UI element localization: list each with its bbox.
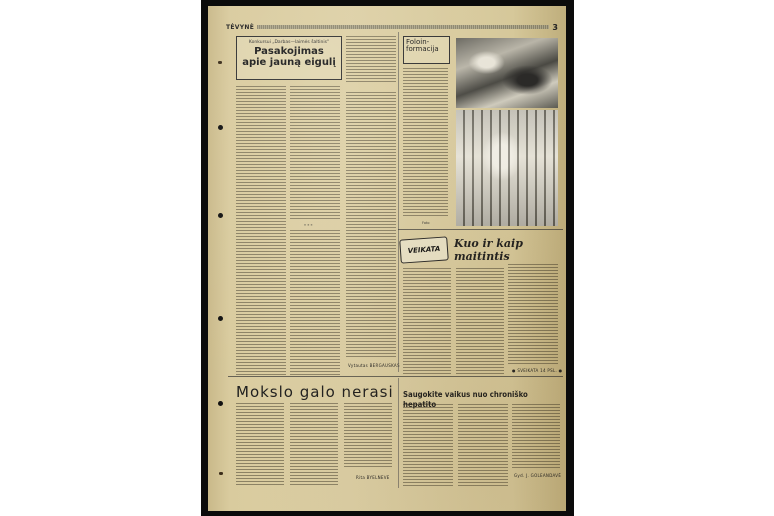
stain-mark [219,472,223,475]
article-column [346,92,396,357]
article-column [512,404,560,468]
masthead-rule [257,25,549,29]
page-number: 3 [552,23,558,32]
binding-hole [218,316,223,321]
article-column [344,403,392,469]
column-divider [398,378,399,488]
article-column [403,68,448,218]
article-title: Pasakojimas [237,47,341,58]
article-foloin-header: Foloin- formacija [403,36,450,64]
article-column [290,403,338,486]
photo-cheese-workers [456,110,558,226]
article-column [236,403,284,486]
article-column [456,268,504,376]
binding-hole [218,213,223,218]
sveikata-logo: VEIKATA [399,236,449,263]
article-title: formacija [406,46,449,53]
article-eigulys-header: Konkursui „Darbas—laimės šaltinis" Pasak… [236,36,342,80]
article-column [346,36,396,82]
article-column [508,264,558,364]
article-column [290,86,340,221]
article-column [290,230,340,376]
binding-hole [218,401,223,406]
masthead: TĖVYNĖ 3 [226,23,558,31]
section-divider [398,229,563,230]
article-column [403,404,453,488]
article-separator: * * * [304,223,313,228]
article-title: Mokslo galo nerasi [236,383,394,401]
article-title: maitintis [454,250,510,263]
binding-hole [218,125,223,130]
article-column [236,86,286,376]
stain-mark [218,61,222,64]
article-kicker: Konkursui „Darbas—laimės šaltinis" [237,40,341,45]
article-column [458,404,508,488]
column-divider [398,32,399,372]
article-column [403,268,451,376]
article-byline: Vytautas BERGAUSKAS [348,363,400,368]
article-footer-note: ● SVEIKATA 14 PSL. ● [512,368,562,373]
article-title: apie jauną eigulį [237,58,341,69]
article-byline: Gyd. J. GOLEANDAVĖ [514,473,561,478]
newspaper-page: TĖVYNĖ 3 Konkursui „Darbas—laimės šaltin… [208,6,566,511]
article-byline: Rita BYELNEVE [356,475,390,480]
newspaper-name: TĖVYNĖ [226,24,254,31]
article-title: Kuo ir kaip [454,237,523,250]
photo-caption: Foto [422,221,430,225]
photo-people-with-maps [456,38,558,108]
section-divider [228,376,563,377]
